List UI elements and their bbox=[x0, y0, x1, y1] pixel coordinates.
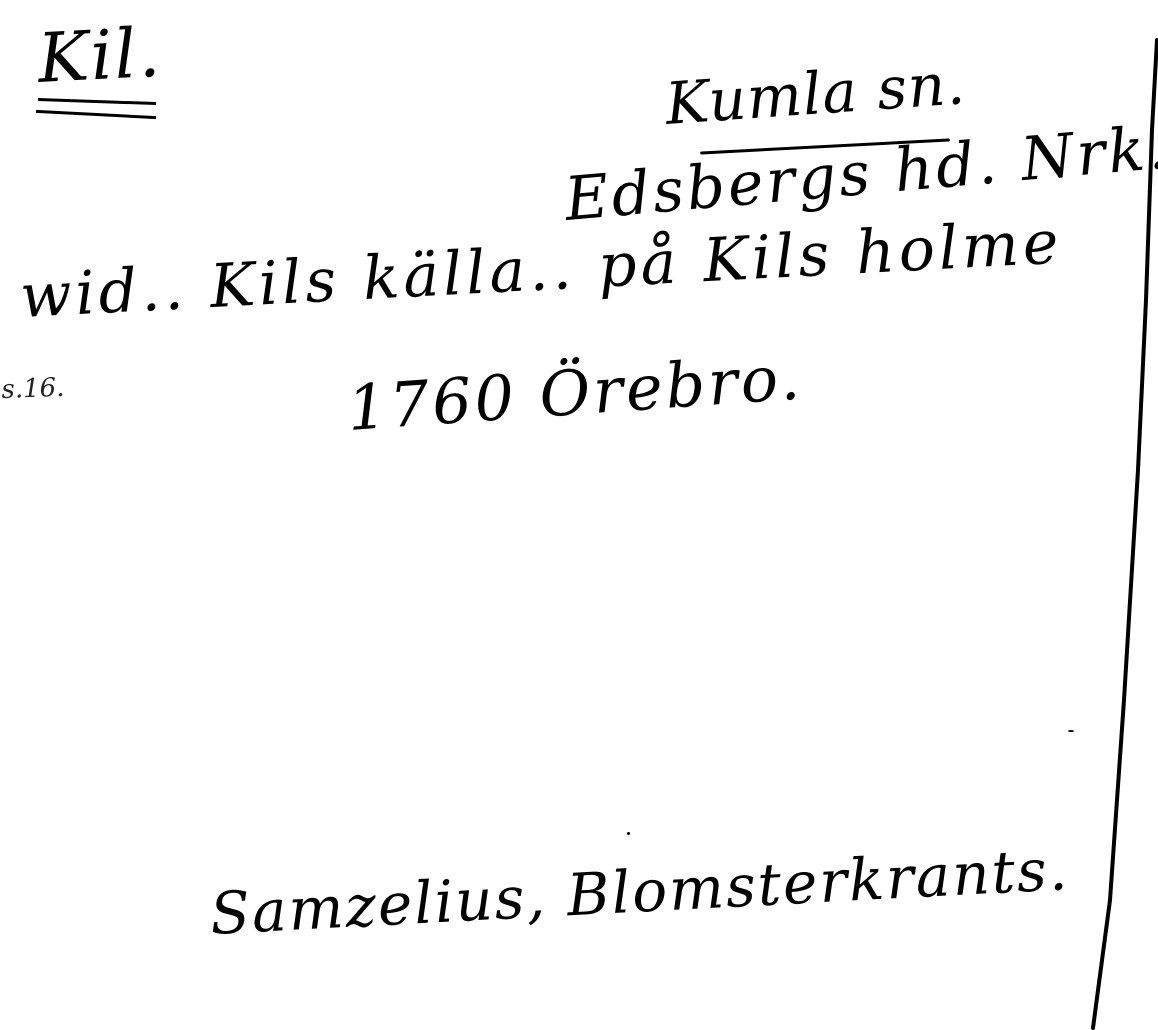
ink-speck bbox=[627, 832, 630, 835]
margin-reference: s.16. bbox=[1, 373, 65, 405]
headword: Kil. bbox=[36, 14, 164, 99]
date-and-place: 1760 Örebro. bbox=[345, 340, 805, 445]
district-name: Edsbergs hd. Nrk. bbox=[562, 112, 1158, 235]
location-description: wid.. Kils källa.. på Kils holme bbox=[18, 207, 1064, 332]
headword-underline-2 bbox=[36, 110, 156, 119]
parish-name: Kumla sn. bbox=[663, 49, 968, 138]
index-card: Kil. Kumla sn. Edsbergs hd. Nrk. wid.. K… bbox=[0, 0, 1158, 1030]
headword-underline-1 bbox=[38, 98, 156, 105]
source-citation: Samzelius, Blomsterkrants. bbox=[208, 835, 1070, 948]
ink-speck bbox=[1068, 730, 1074, 732]
